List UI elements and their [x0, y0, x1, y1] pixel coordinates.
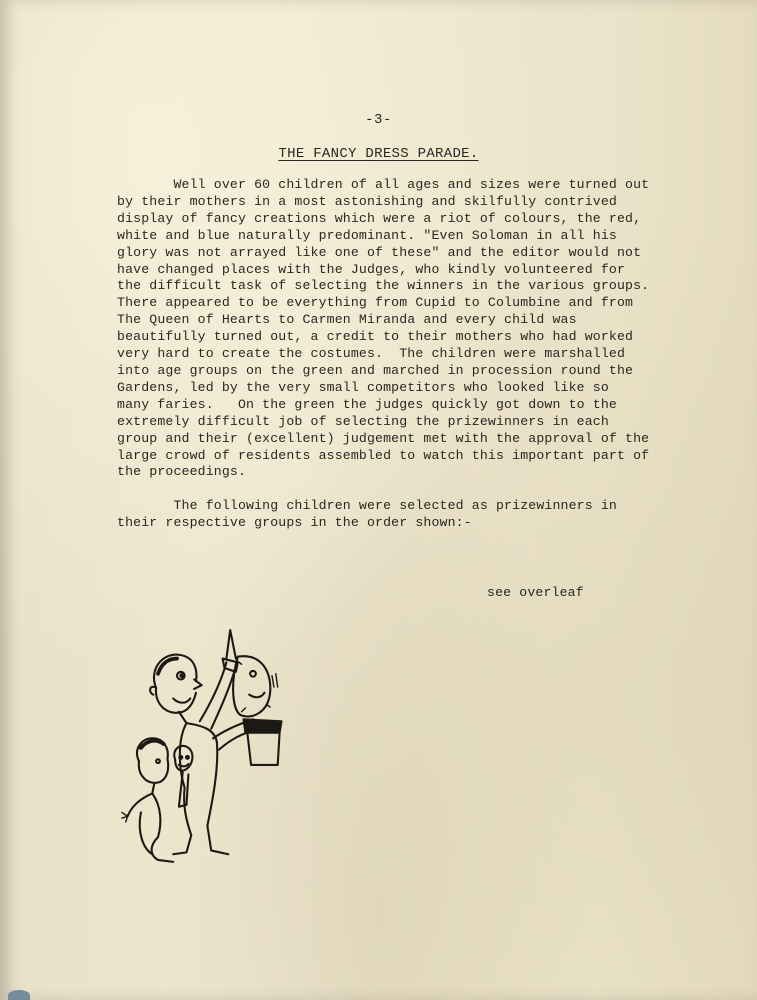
binder-clip-mark	[8, 990, 30, 1000]
page-number: -3-	[0, 112, 757, 128]
section-title-text: THE FANCY DRESS PARADE.	[278, 146, 478, 162]
section-title: THE FANCY DRESS PARADE.	[0, 146, 757, 162]
document-page: -3- THE FANCY DRESS PARADE. Well over 60…	[0, 0, 757, 1000]
body-paragraph-1: Well over 60 children of all ages and si…	[117, 177, 677, 481]
magician-cartoon-illustration	[120, 615, 310, 875]
see-overleaf-note: see overleaf	[487, 585, 584, 600]
body-paragraph-2: The following children were selected as …	[117, 498, 677, 532]
